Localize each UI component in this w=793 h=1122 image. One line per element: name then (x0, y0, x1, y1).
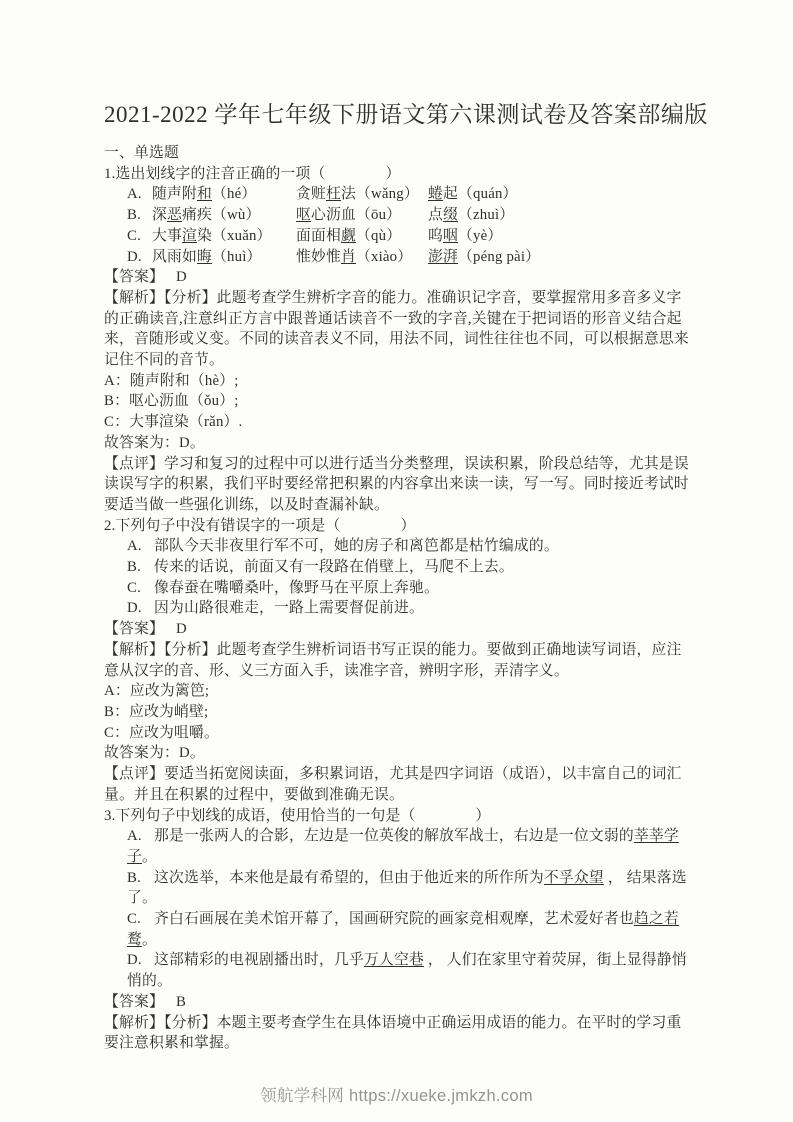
option-phrase: 澎湃（péng pài） (428, 247, 692, 268)
comment-text: 要适当拓宽阅读面，多积累词语，尤其是四字词语（成语），以丰富自己的词汇量。并且在… (104, 766, 682, 803)
underlined-phrase: 渲 (182, 228, 197, 244)
comment-label: 【点评】 (104, 456, 164, 472)
option-row: B.传来的话说，前面又有一段路在俏壁上，马爬不上去。 (104, 557, 692, 578)
option-row: A.随声附和（hé）贪赃枉法（wǎng）蜷起（quán） (104, 184, 692, 205)
text-segment: （péng pài） (458, 249, 540, 265)
question-stem: 1.选出划线字的注音正确的一项（ ） (104, 164, 692, 185)
analysis-paragraph: 【解析】【分析】此题考查学生辨析字音的能力。准确识记字音，要掌握常用多音多义字的… (104, 288, 692, 371)
answer-label: 【答案】 (104, 269, 164, 285)
underlined-phrase: 不孚众望 (544, 870, 604, 886)
text-segment: 呜 (428, 228, 443, 244)
answer-label: 【答案】 (104, 994, 164, 1010)
underlined-phrase: 蜷 (428, 186, 443, 202)
analysis-item: A：随声附和（hè）; (104, 371, 692, 392)
text-segment: 。 (142, 932, 157, 948)
option-row: B.深恶痛疾（wù）呕心沥血（ōu）点缀（zhuì） (104, 205, 692, 226)
option-text: 这部精彩的电视剧播出时，几乎万人空巷 ， 人们在家里守着荧屏，街上显得静悄悄的。 (127, 952, 687, 989)
option-phrase: 贪赃枉法（wǎng） (296, 184, 428, 205)
option-label: A. (127, 536, 154, 557)
option-phrase: 蜷起（quán） (428, 184, 692, 205)
option-label: D. (127, 247, 152, 268)
option-phrase: 呜咽（yè） (428, 226, 692, 247)
analysis-item: C：大事渲染（rǎn）. (104, 412, 692, 433)
text-segment: 法（wǎng） (341, 186, 419, 202)
option-text: 传来的话说，前面又有一段路在俏壁上，马爬不上去。 (154, 559, 514, 575)
comment-paragraph: 【点评】要适当拓宽阅读面，多积累词语，尤其是四字词语（成语），以丰富自己的词汇量… (104, 764, 692, 805)
text-segment: （xiào） (356, 249, 412, 265)
question-block: 2.下列句子中没有错误字的一项是（ ）A.部队今天非夜里行军不可，她的房子和离笆… (104, 516, 692, 806)
option-row: D.风雨如晦（huì）惟妙惟肖（xiào）澎湃（péng pài） (104, 247, 692, 268)
option-row: A.部队今天非夜里行军不可，她的房子和离笆都是枯竹编成的。 (104, 536, 692, 557)
analysis-paragraph: 【解析】【分析】本题主要考查学生在具体语境中正确运用成语的能力。在平时的学习重要… (104, 1013, 692, 1054)
question-block: 1.选出划线字的注音正确的一项（ ）A.随声附和（hé）贪赃枉法（wǎng）蜷起… (104, 164, 692, 516)
option-phrase: 随声附和（hé） (152, 184, 296, 205)
analysis-label: 【解析】【分析】 (104, 1015, 217, 1031)
option-label: B. (127, 205, 152, 226)
underlined-phrase: 肖 (341, 249, 356, 265)
option-phrase: 大事渲染（xuǎn） (152, 226, 296, 247)
underlined-phrase: 万人空巷 (364, 952, 424, 968)
analysis-item: B：应改为峭壁; (104, 702, 692, 723)
section-heading: 一、单选题 (104, 143, 692, 164)
comment-paragraph: 【点评】学习和复习的过程中可以进行适当分类整理，误读积累，阶段总结等，尤其是误读… (104, 454, 692, 516)
text-segment: 因为山路很难走，一路上需要督促前进。 (154, 600, 424, 616)
option-label: A. (127, 184, 152, 205)
underlined-phrase: 晦 (197, 249, 212, 265)
underlined-phrase: 觑 (341, 228, 356, 244)
document-page: 2021-2022 学年七年级下册语文第六课测试卷及答案部编版 一、单选题 1.… (0, 0, 793, 1122)
question-stem: 3.下列句子中划线的成语，使用恰当的一句是（ ） (104, 806, 692, 827)
document-content: 2021-2022 学年七年级下册语文第六课测试卷及答案部编版 一、单选题 1.… (104, 100, 692, 1054)
text-segment: 部队今天非夜里行军不可，她的房子和离笆都是枯竹编成的。 (154, 538, 559, 554)
option-row: A.那是一张两人的合影，左边是一位英俊的解放军战士，右边是一位文弱的莘莘学子。 (104, 826, 692, 867)
option-label: B. (127, 868, 154, 889)
text-segment: 那是一张两人的合影，左边是一位英俊的解放军战士，右边是一位文弱的 (154, 828, 634, 844)
option-phrase: 面面相觑（qù） (296, 226, 428, 247)
option-text: 像春蚕在嘴嚼桑叶，像野马在平原上奔驰。 (154, 580, 439, 596)
underlined-phrase: 咽 (443, 228, 458, 244)
option-label: D. (127, 950, 154, 971)
question-block: 3.下列句子中划线的成语，使用恰当的一句是（ ）A.那是一张两人的合影，左边是一… (104, 806, 692, 1054)
option-text: 这次选举，本来他是最有希望的，但由于他近来的所作所为不孚众望 ， 结果落选了。 (127, 870, 687, 907)
analysis-paragraph: 【解析】【分析】此题考查学生辨析词语书写正误的能力。要做到正确地读写词语，应注意… (104, 640, 692, 681)
underlined-phrase: 澎湃 (428, 249, 458, 265)
text-segment: （hé） (212, 186, 256, 202)
underlined-phrase: 枉 (326, 186, 341, 202)
text-segment: 风雨如 (152, 249, 197, 265)
text-segment: 这部精彩的电视剧播出时，几乎 (154, 952, 364, 968)
option-label: C. (127, 226, 152, 247)
text-segment: 痛疾（wù） (182, 207, 260, 223)
comment-text: 学习和复习的过程中可以进行适当分类整理，误读积累，阶段总结等，尤其是误读误写字的… (104, 456, 689, 513)
text-segment: （yè） (458, 228, 502, 244)
underlined-phrase: 呕 (296, 207, 311, 223)
text-segment: 。 (142, 849, 157, 865)
option-text: 部队今天非夜里行军不可，她的房子和离笆都是枯竹编成的。 (154, 538, 559, 554)
text-segment: （zhuì） (458, 207, 514, 223)
text-segment: 心沥血（ōu） (311, 207, 401, 223)
text-segment: 面面相 (296, 228, 341, 244)
answer-value: D (176, 269, 187, 285)
text-segment: （qù） (356, 228, 401, 244)
option-text: 因为山路很难走，一路上需要督促前进。 (154, 600, 424, 616)
option-label: C. (127, 909, 154, 930)
answer-line: 【答案】D (104, 267, 692, 288)
questions-container: 1.选出划线字的注音正确的一项（ ）A.随声附和（hé）贪赃枉法（wǎng）蜷起… (104, 164, 692, 1054)
text-segment: 点 (428, 207, 443, 223)
option-phrase: 深恶痛疾（wù） (152, 205, 296, 226)
option-label: A. (127, 826, 154, 847)
option-row: C.齐白石画展在美术馆开幕了，国画研究院的画家竞相观摩，艺术爱好者也趋之若鹜。 (104, 909, 692, 950)
text-segment: 惟妙惟 (296, 249, 341, 265)
underlined-phrase: 恶 (167, 207, 182, 223)
option-row: C.像春蚕在嘴嚼桑叶，像野马在平原上奔驰。 (104, 578, 692, 599)
option-row: C.大事渲染（xuǎn）面面相觑（qù）呜咽（yè） (104, 226, 692, 247)
conclusion-line: 故答案为：D。 (104, 433, 692, 454)
analysis-label: 【解析】【分析】 (104, 290, 217, 306)
underlined-phrase: 缀 (443, 207, 458, 223)
comment-label: 【点评】 (104, 766, 164, 782)
option-phrase: 点缀（zhuì） (428, 205, 692, 226)
text-segment: 齐白石画展在美术馆开幕了，国画研究院的画家竞相观摩，艺术爱好者也 (154, 911, 634, 927)
question-stem: 2.下列句子中没有错误字的一项是（ ） (104, 516, 692, 537)
answer-value: B (176, 994, 186, 1010)
option-label: B. (127, 557, 154, 578)
underlined-phrase: 和 (197, 186, 212, 202)
text-segment: 随声附 (152, 186, 197, 202)
option-phrase: 风雨如晦（huì） (152, 247, 296, 268)
option-row: D.这部精彩的电视剧播出时，几乎万人空巷 ， 人们在家里守着荧屏，街上显得静悄悄… (104, 950, 692, 991)
text-segment: 这次选举，本来他是最有希望的，但由于他近来的所作所为 (154, 870, 544, 886)
answer-value: D (176, 621, 187, 637)
answer-label: 【答案】 (104, 621, 164, 637)
text-segment: 大事 (152, 228, 182, 244)
conclusion-line: 故答案为：D。 (104, 743, 692, 764)
text-segment: 染（xuǎn） (197, 228, 272, 244)
option-phrase: 呕心沥血（ōu） (296, 205, 428, 226)
option-text: 齐白石画展在美术馆开幕了，国画研究院的画家竞相观摩，艺术爱好者也趋之若鹜。 (127, 911, 679, 948)
footer-watermark: 领航学科网 https://xueke.jmkzh.com (0, 1082, 793, 1106)
option-label: D. (127, 598, 154, 619)
answer-line: 【答案】B (104, 992, 692, 1013)
answer-line: 【答案】D (104, 619, 692, 640)
analysis-label: 【解析】【分析】 (104, 642, 217, 658)
option-label: C. (127, 578, 154, 599)
text-segment: （huì） (212, 249, 262, 265)
analysis-item: A：应改为篱笆; (104, 681, 692, 702)
option-text: 那是一张两人的合影，左边是一位英俊的解放军战士，右边是一位文弱的莘莘学子。 (127, 828, 679, 865)
analysis-item: C：应改为咀嚼。 (104, 723, 692, 744)
text-segment: 像春蚕在嘴嚼桑叶，像野马在平原上奔驰。 (154, 580, 439, 596)
analysis-item: B：呕心沥血（ǒu）; (104, 391, 692, 412)
text-segment: 贪赃 (296, 186, 326, 202)
text-segment: 深 (152, 207, 167, 223)
option-row: D.因为山路很难走，一路上需要督促前进。 (104, 598, 692, 619)
text-segment: 传来的话说，前面又有一段路在俏壁上，马爬不上去。 (154, 559, 514, 575)
option-row: B.这次选举，本来他是最有希望的，但由于他近来的所作所为不孚众望 ， 结果落选了… (104, 868, 692, 909)
text-segment: 起（quán） (443, 186, 518, 202)
option-phrase: 惟妙惟肖（xiào） (296, 247, 428, 268)
page-title: 2021-2022 学年七年级下册语文第六课测试卷及答案部编版 (104, 100, 692, 130)
